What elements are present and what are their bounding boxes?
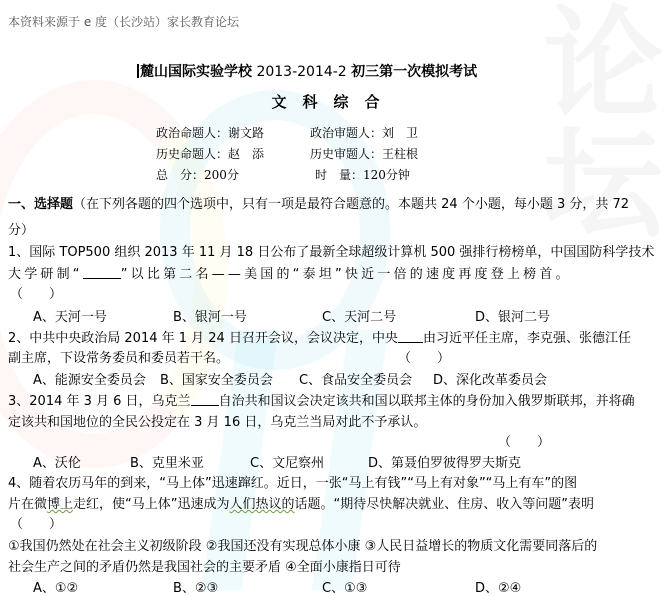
info-history-reviewer: 历史审题人：王柱根 — [310, 145, 418, 163]
q3-text-cont: 自治共和国议会决定该共和国以联邦主体的身份加入俄罗斯联邦，并将确 — [219, 394, 635, 409]
exam-title: 麓山国际实验学校 2013-2014-2 初三第一次模拟考试 — [137, 63, 477, 81]
info-politics-reviewer: 政治审题人：刘 卫 — [310, 124, 418, 142]
title-school: 麓山国际实验学校 — [140, 64, 252, 80]
text-cursor — [137, 64, 139, 78]
q4-answer-paren: （ ） — [10, 516, 62, 534]
q1-answer-paren: （ ） — [10, 286, 62, 304]
q4-statements-line-2: 社会生产之间的矛盾仍然是我国社会的主要矛盾 ④全面小康指日可待 — [8, 559, 401, 577]
q4-text: 片在微 — [8, 497, 47, 512]
q4-option-c[interactable]: C、①③ — [322, 580, 367, 596]
q1-line-2: 大学研制“”以比第二名——美国的“泰坦”快近一倍的速度再度登上榜首。 — [8, 266, 572, 284]
q4-text-cont: 话题。“期待尽快解决就业、住房、收入等问题”表明 — [295, 497, 594, 512]
q3-answer-paren: （ ） — [498, 434, 550, 452]
q2-answer-paren: （ ） — [398, 350, 450, 368]
q3-line-1: 3、2014 年 3 月 6 日，乌克兰自治共和国议会决定该共和国以联邦主体的身… — [8, 393, 635, 411]
section-instruction: （在下列各题的四个选项中，只有一项是最符合题意的。本题共 24 个小题，每小题 … — [73, 197, 629, 212]
q3-option-d[interactable]: D、第聂伯罗彼得罗夫斯克 — [368, 455, 521, 473]
info-politics-setter: 政治命题人：谢文路 — [156, 124, 264, 142]
q2-line-2: 副主席，下设常务委员和委员若干名。 — [8, 350, 229, 368]
q3-option-c[interactable]: C、文尼察州 — [250, 455, 324, 473]
spellcheck-underline: 博上 — [47, 497, 73, 512]
q1-option-c[interactable]: C、天河二号 — [322, 309, 396, 327]
q2-line-1: 2、中共中央政治局 2014 年 1 月 24 日召开会议，会议决定，中央由习近… — [8, 330, 631, 348]
q1-text-cont: ”以比第二名——美国的“泰坦”快近一倍的速度再度登上榜首。 — [121, 267, 572, 282]
info-total-score: 总 分：200分 — [156, 166, 239, 184]
q3-option-b[interactable]: B、克里米亚 — [130, 455, 204, 473]
q1-option-b[interactable]: B、银河一号 — [173, 309, 247, 327]
q2-option-b[interactable]: B、国家安全委员会 — [160, 372, 273, 390]
answer-blank — [83, 266, 121, 279]
title-year: 2013-2014-2 — [252, 64, 351, 80]
q1-option-a[interactable]: A、天河一号 — [33, 309, 107, 327]
title-exam: 初三第一次模拟考试 — [351, 64, 477, 80]
q4-option-d[interactable]: D、②④ — [475, 580, 521, 596]
spellcheck-underline: 人们热议的 — [230, 497, 295, 512]
q4-line-2: 片在微博上走红，使“马上体”迅速成为人们热议的话题。“期待尽快解决就业、住房、收… — [8, 496, 594, 514]
info-duration: 时 量：120分钟 — [315, 166, 410, 184]
q3-option-a[interactable]: A、沃伦 — [33, 455, 81, 473]
q1-option-d[interactable]: D、银河二号 — [475, 309, 550, 327]
q2-option-d[interactable]: D、深化改革委员会 — [433, 372, 547, 390]
q2-option-a[interactable]: A、能源安全委员会 — [33, 372, 146, 390]
q2-option-c[interactable]: C、食品安全委员会 — [299, 372, 412, 390]
q4-option-b[interactable]: B、②③ — [173, 580, 218, 596]
q4-statements-line-1: ①我国仍然处在社会主义初级阶段 ②我国还没有实现总体小康 ③人民日益增长的物质文… — [8, 538, 597, 556]
q2-text: 2、中共中央政治局 2014 年 1 月 24 日召开会议，会议决定，中央 — [8, 331, 398, 346]
q2-text-cont: 由习近平任主席，李克强、张德江任 — [423, 331, 631, 346]
q1-text: 大学研制“ — [8, 267, 83, 282]
answer-blank — [398, 330, 423, 343]
answer-blank — [191, 393, 219, 406]
section-label: 一、选择题 — [8, 197, 73, 212]
q1-line-1: 1、国际 TOP500 组织 2013 年 11 月 18 日公布了最新全球超级… — [8, 244, 654, 262]
section-instruction-cont: 分） — [8, 222, 34, 240]
q4-line-1: 4、随着农历马年的到来，“马上体”迅速蹿红。近日，一张“马上有钱”“马上有对象”… — [8, 475, 577, 493]
exam-subtitle: 文科综合 — [0, 93, 667, 111]
section-heading: 一、选择题（在下列各题的四个选项中，只有一项是最符合题意的。本题共 24 个小题… — [8, 196, 629, 214]
q3-text: 3、2014 年 3 月 6 日，乌克兰 — [8, 394, 191, 409]
info-history-setter: 历史命题人：赵 添 — [156, 145, 264, 163]
source-note: 本资料来源于 e 度（长沙站）家长教育论坛 — [8, 13, 239, 31]
q4-text-cont: 走红，使“马上体”迅速成为 — [73, 497, 229, 512]
q3-line-2: 定该共和国地位的全民公投定在 3 月 16 日，乌克兰当局对此不予承认。 — [8, 414, 426, 432]
q4-option-a[interactable]: A、①② — [33, 580, 78, 596]
